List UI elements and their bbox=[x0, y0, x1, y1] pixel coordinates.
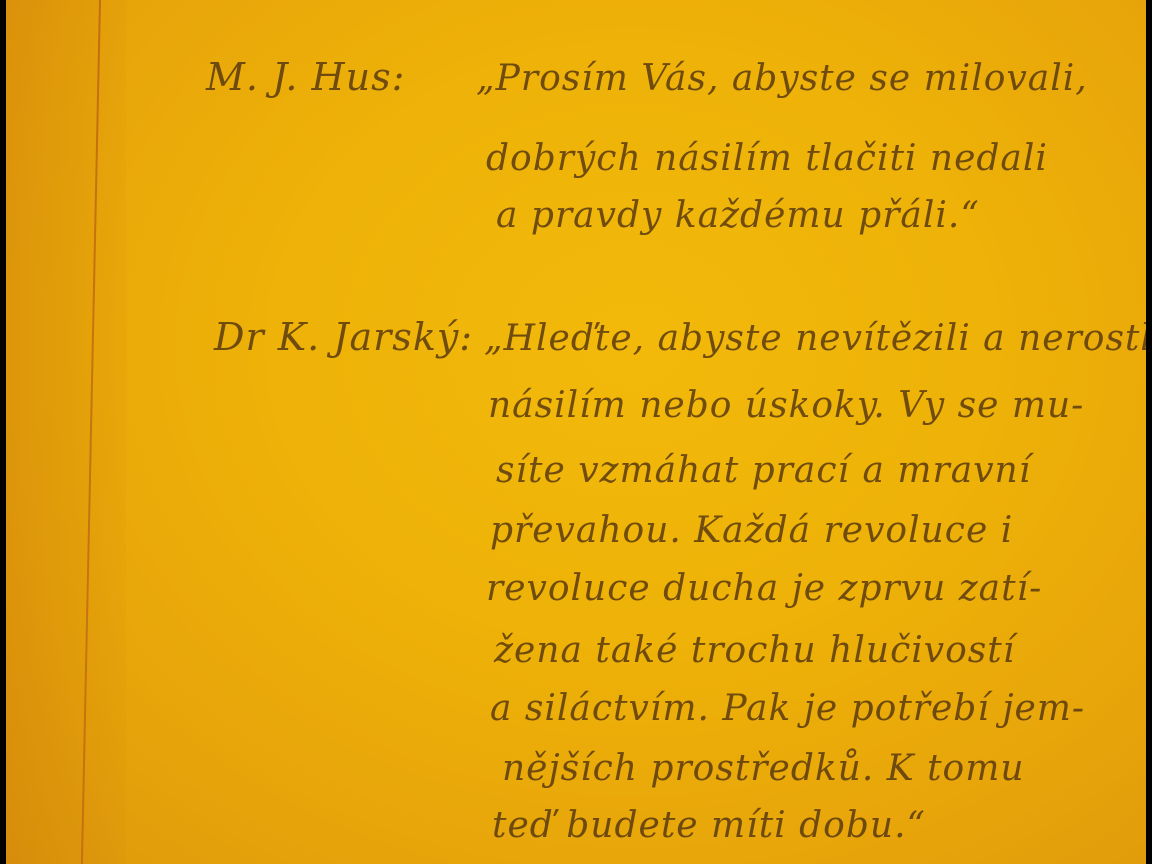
entry-line: teď budete míti dobu.“ bbox=[492, 805, 926, 846]
entry-line: „Prosím Vás, abyste se milovali, bbox=[476, 58, 1088, 99]
entry-line: „Hleďte, abyste nevítězili a nerostli bbox=[484, 318, 1146, 359]
notebook-page: M. J. Hus: „Prosím Vás, abyste se milova… bbox=[6, 0, 1146, 864]
entry-author: M. J. Hus: bbox=[206, 55, 405, 99]
entry-line: revoluce ducha je zprvu zatí- bbox=[486, 568, 1042, 609]
entry-line: násilím nebo úskoky. Vy se mu- bbox=[488, 385, 1084, 426]
entry-line: a siláctvím. Pak je potřebí jem- bbox=[490, 688, 1085, 729]
entry-line: nějších prostředků. K tomu bbox=[502, 748, 1025, 789]
entry-line: dobrých násilím tlačiti nedali bbox=[486, 138, 1048, 179]
entry-line: převahou. Každá revoluce i bbox=[490, 510, 1013, 551]
page-shadow bbox=[6, 0, 126, 864]
entry-line: a pravdy každému přáli.“ bbox=[496, 195, 980, 236]
entry-line: žena také trochu hlučivostí bbox=[494, 630, 1015, 671]
entry-line: síte vzmáhat prací a mravní bbox=[496, 450, 1031, 491]
entry-author: Dr K. Jarský: bbox=[214, 315, 473, 359]
